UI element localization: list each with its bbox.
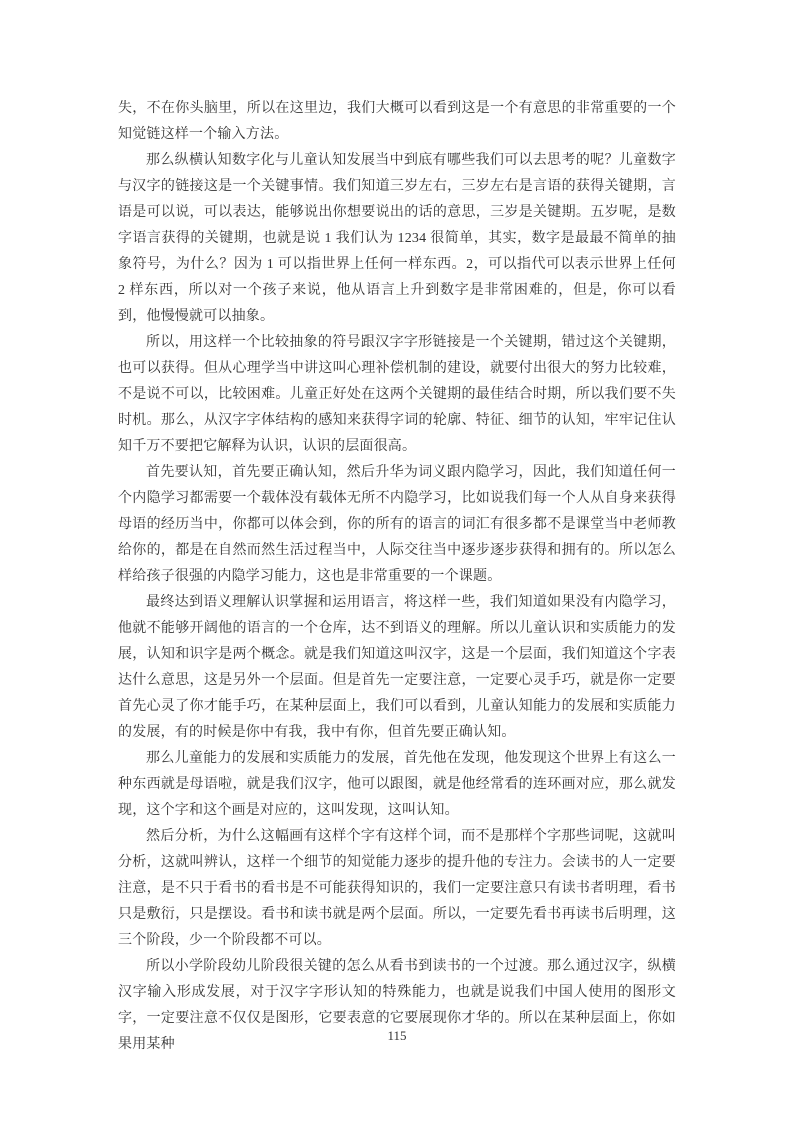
paragraph: 那么儿童能力的发展和实质能力的发展，首先他在发现，他发现这个世界上有这么一种东西… (118, 746, 676, 824)
paragraph: 最终达到语义理解认识掌握和运用语言，将这样一些，我们知道如果没有内隐学习，他就不… (118, 590, 676, 746)
document-page: 失，不在你头脑里，所以在这里边，我们大概可以看到这是一个有意思的非常重要的一个知… (0, 0, 794, 1123)
page-number: 115 (0, 1028, 794, 1044)
paragraph: 然后分析，为什么这幅画有这样个字有这样个词，而不是那样个字那些词呢，这就叫分析，… (118, 824, 676, 954)
paragraph: 失，不在你头脑里，所以在这里边，我们大概可以看到这是一个有意思的非常重要的一个知… (118, 96, 676, 148)
paragraph: 那么纵横认知数字化与儿童认知发展当中到底有哪些我们可以去思考的呢？儿童数字与汉字… (118, 148, 676, 330)
text-content: 失，不在你头脑里，所以在这里边，我们大概可以看到这是一个有意思的非常重要的一个知… (118, 96, 676, 1058)
paragraph: 首先要认知，首先要正确认知，然后升华为词义跟内隐学习，因此，我们知道任何一个内隐… (118, 460, 676, 590)
paragraph: 所以，用这样一个比较抽象的符号跟汉字字形链接是一个关键期，错过这个关键期，也可以… (118, 330, 676, 460)
